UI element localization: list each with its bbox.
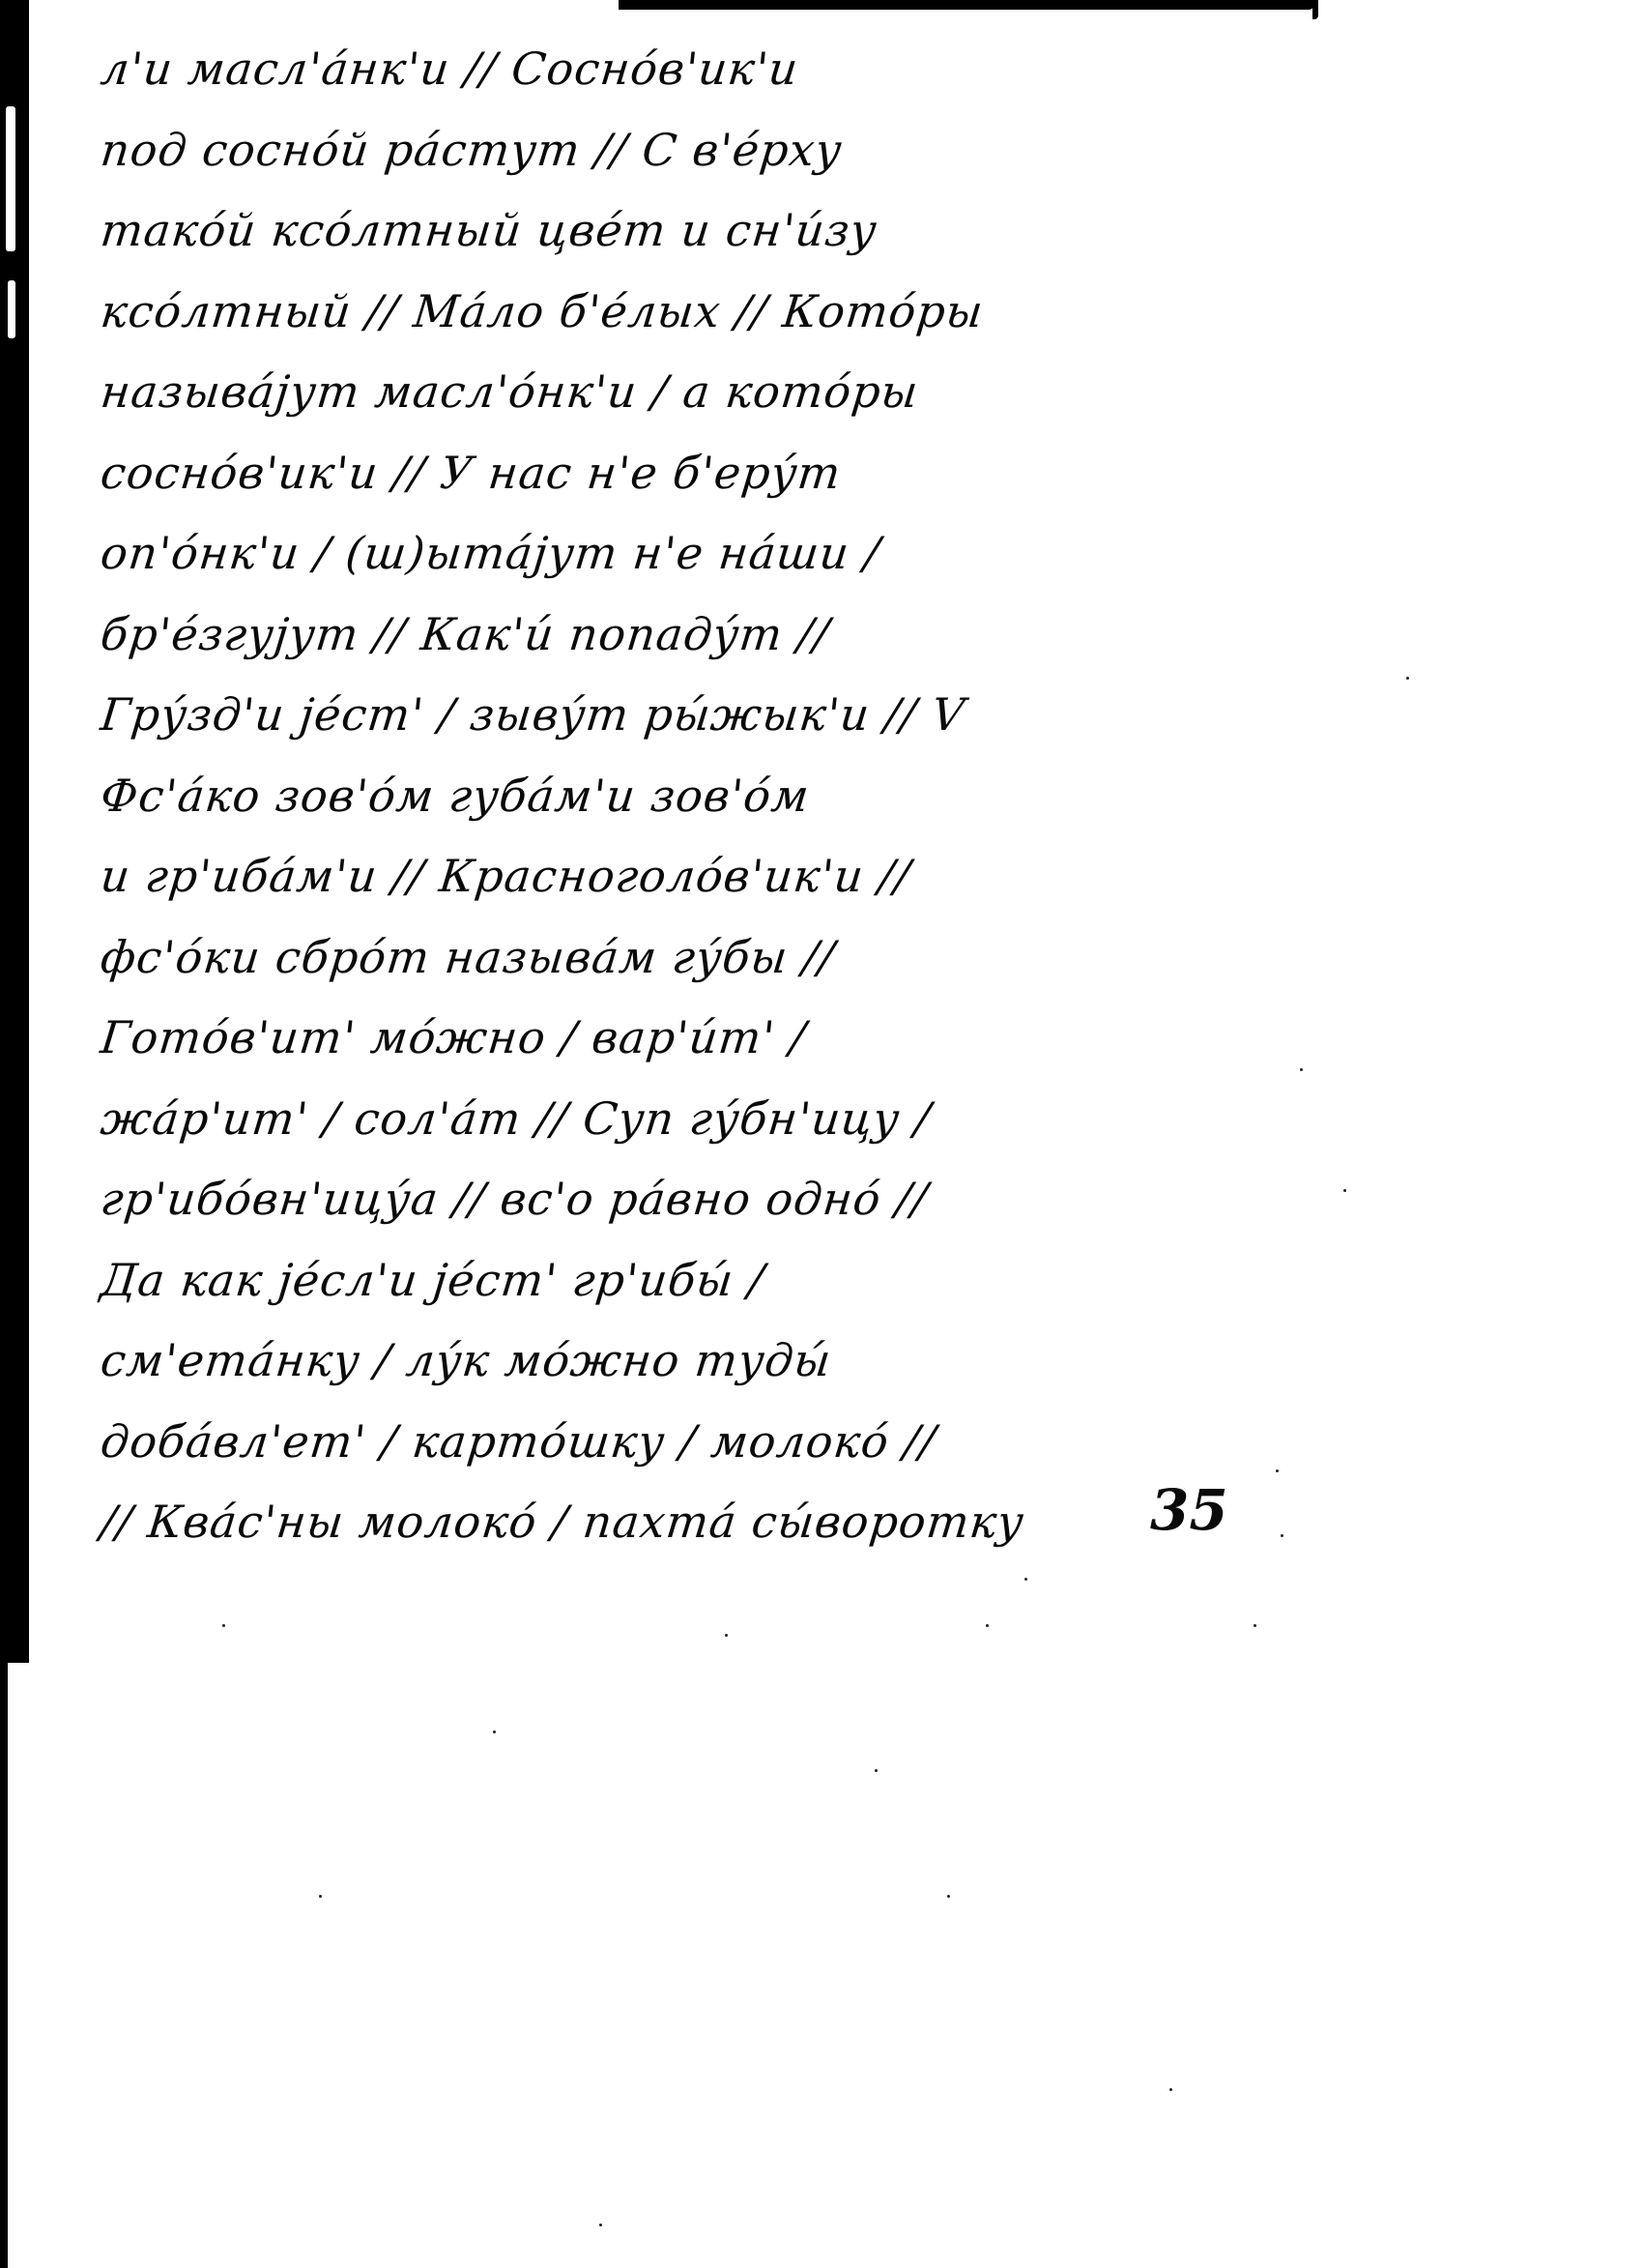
text-line: // Ква́с'ны молоко́ / пахта́ сы́воротку (97, 1482, 1323, 1563)
text-line: сосно́в'ик'и // У нас н'е б'еру́т (97, 433, 1323, 514)
scan-speck (1024, 1578, 1027, 1581)
binding-edge-lower (0, 1663, 8, 2268)
text-line: Да как је́сл'и је́ст' гр'ибы́ / (97, 1240, 1323, 1322)
text-line: доба́вл'ет' / карто́шку / молоко́ // (97, 1402, 1323, 1483)
scan-speck (986, 1624, 989, 1627)
text-line: оп'о́нк'и / (ш)ыта́јут н'е на́ши / (97, 513, 1323, 595)
text-line: л'и масл'а́нк'и // Сосно́в'ик'и (97, 29, 1323, 110)
text-line: под сосно́й ра́стут // С в'е́рху (97, 110, 1323, 191)
scan-speck (1169, 2088, 1172, 2091)
scan-speck (1300, 1068, 1303, 1071)
page-top-edge (619, 0, 1314, 10)
text-line: называ́јут масл'о́нк'и / а кото́ры (97, 352, 1323, 433)
scan-speck (319, 1895, 322, 1898)
scan-speck (1254, 1624, 1256, 1627)
scan-speck (1276, 1469, 1279, 1472)
text-line: бр'е́згујут // Как'и́ попаду́т // (97, 595, 1323, 676)
scan-speck (875, 1769, 878, 1772)
text-line: жа́р'ит' / сол'а́т // Суп гу́бн'ицу / (97, 1079, 1323, 1160)
text-line: тако́й ксо́лтный цве́т и сн'и́зу (97, 190, 1323, 272)
text-line: Фс'а́ко зов'о́м губа́м'и зов'о́м (97, 756, 1323, 837)
text-line: гр'ибо́вн'ицу́а // вс'о ра́вно одно́ // (97, 1159, 1323, 1240)
binding-edge (0, 0, 29, 1663)
page-number: 35 (1150, 1477, 1228, 1543)
scan-speck (1406, 677, 1409, 680)
scanned-notebook-page: л'и масл'а́нк'и // Сосно́в'ик'и под сосн… (0, 0, 1643, 2268)
scan-speck (493, 1730, 496, 1733)
scan-speck (599, 2224, 602, 2226)
scan-speck (1343, 1189, 1346, 1192)
scan-speck (984, 1534, 987, 1537)
scan-speck (1281, 1534, 1283, 1537)
scan-speck (947, 1895, 950, 1898)
scan-speck (222, 1624, 225, 1627)
text-line: Гото́в'ит' мо́жно / вар'и́т' / (97, 998, 1323, 1079)
scan-speck (725, 1634, 728, 1637)
text-line: и гр'иба́м'и // Красноголо́в'ик'и // (97, 836, 1323, 917)
handwritten-text-block: л'и масл'а́нк'и // Сосно́в'ик'и под сосн… (97, 29, 1314, 1563)
text-line: ксо́лтный // Ма́ло б'е́лых // Кото́ры (97, 272, 1323, 353)
text-line: Гру́зд'и је́ст' / зыву́т ры́жык'и // V (97, 675, 1323, 756)
text-line: фс'о́ки сбро́т называ́м гу́бы // (97, 917, 1323, 999)
text-line: см'ета́нку / лу́к мо́жно туды́ (97, 1321, 1323, 1402)
